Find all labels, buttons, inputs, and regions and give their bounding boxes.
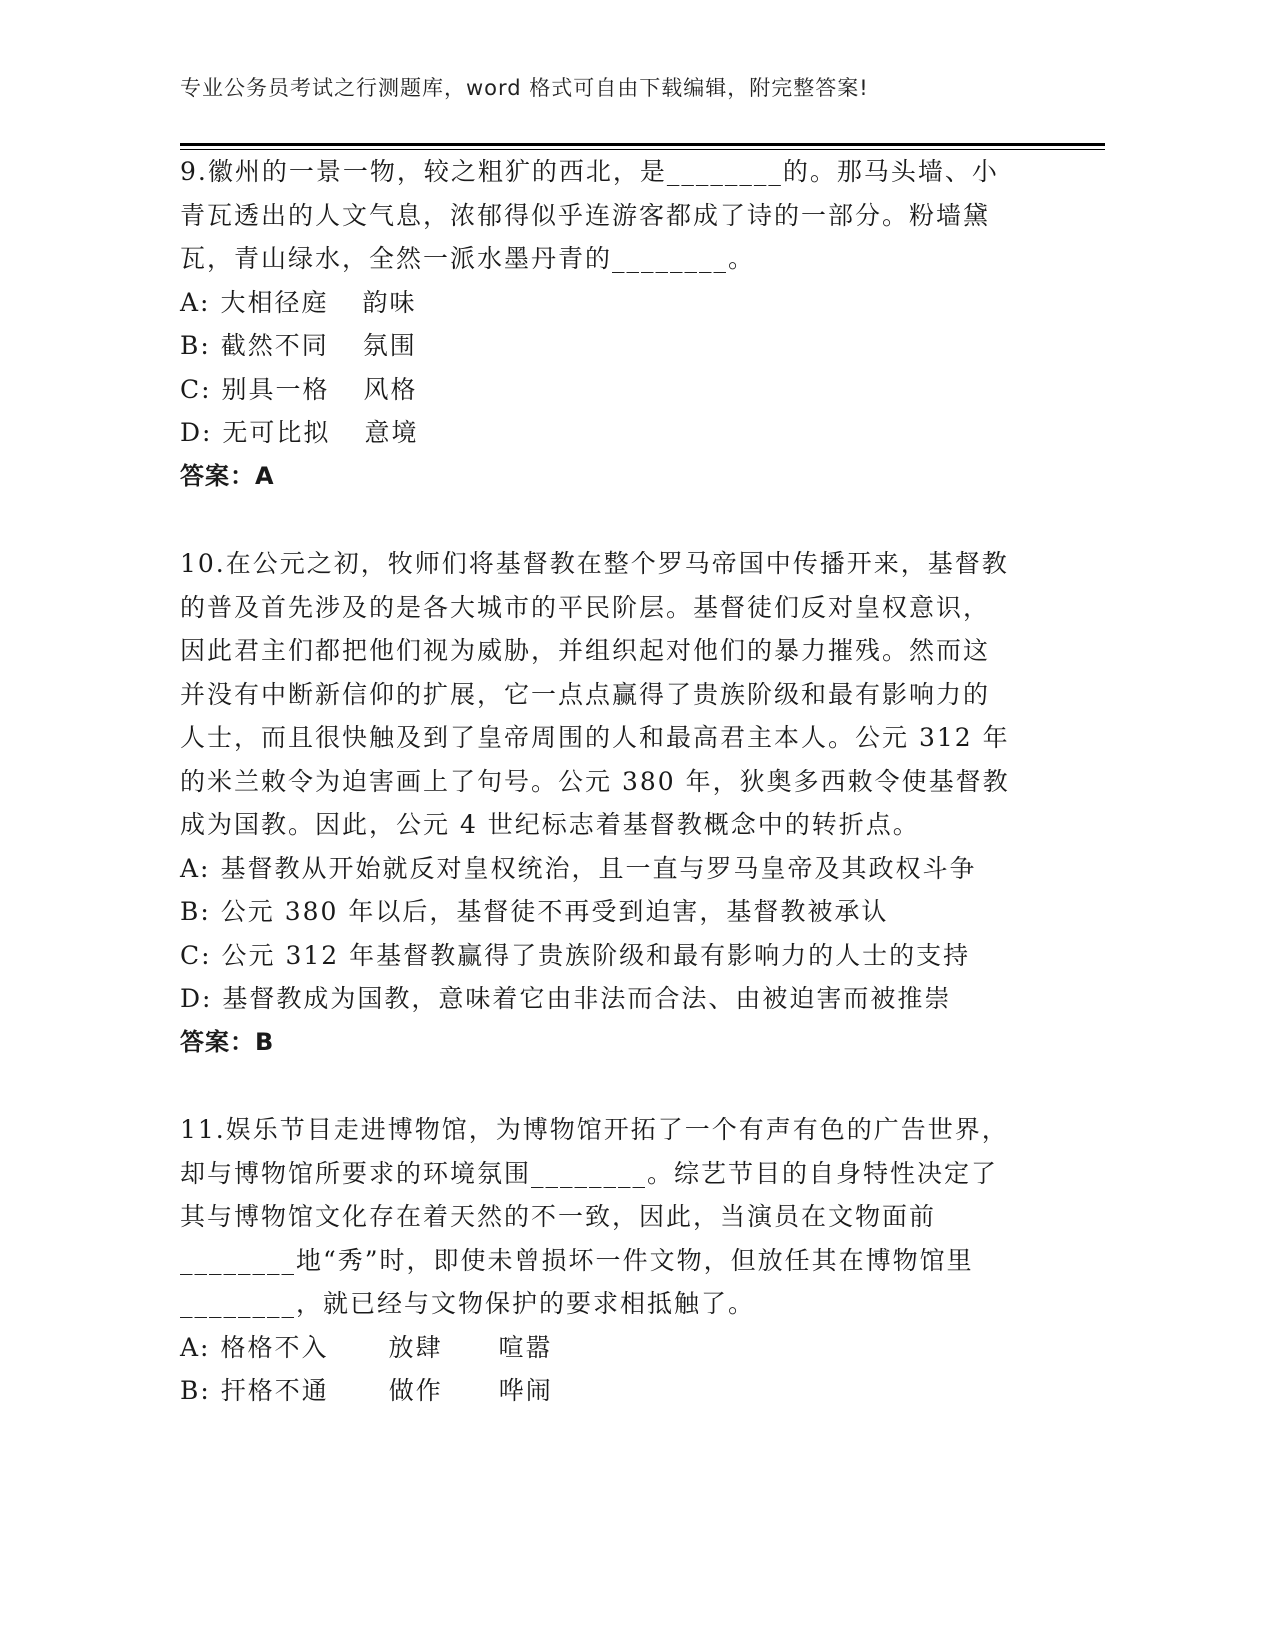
- option-part: 喧嚣: [498, 1333, 552, 1362]
- header-double-rule: [180, 143, 1105, 150]
- question-stem-line: 却与博物馆所要求的环境氛围________。综艺节目的自身特性决定了: [180, 1152, 1040, 1196]
- option-b: B: 截然不同氛围: [180, 324, 1040, 368]
- question-stem-line: 其与博物馆文化存在着天然的不一致，因此，当演员在文物面前: [180, 1195, 1040, 1239]
- option-part: 别具一格: [222, 375, 330, 404]
- answer-line: 答案：A: [180, 455, 1040, 499]
- option-part: 截然不同: [221, 331, 329, 360]
- option-a: A: 基督教从开始就反对皇权统治，且一直与罗马皇帝及其政权斗争: [180, 847, 1040, 891]
- question-stem-line: 成为国教。因此，公元 4 世纪标志着基督教概念中的转折点。: [180, 803, 1040, 847]
- question-stem-line: 的普及首先涉及的是各大城市的平民阶层。基督徒们反对皇权意识，: [180, 586, 1040, 630]
- option-label: A:: [180, 1333, 210, 1362]
- question-9: 9.徽州的一景一物，较之粗犷的西北，是________的。那马头墙、小 青瓦透出…: [180, 150, 1040, 498]
- option-part: 意境: [364, 418, 418, 447]
- option-part: 氛围: [363, 331, 417, 360]
- question-stem-line: 11.娱乐节目走进博物馆，为博物馆开拓了一个有声有色的广告世界，: [180, 1108, 1040, 1152]
- option-part: 大相径庭: [220, 288, 328, 317]
- option-b: B: 扞格不通做作哗闹: [180, 1369, 1040, 1413]
- option-part: 放肆: [388, 1333, 442, 1362]
- question-stem-line: ________地“秀”时，即使未曾损坏一件文物，但放任其在博物馆里: [180, 1239, 1040, 1283]
- option-label: A:: [180, 288, 210, 317]
- option-d: D: 无可比拟意境: [180, 411, 1040, 455]
- option-b: B: 公元 380 年以后，基督徒不再受到迫害，基督教被承认: [180, 890, 1040, 934]
- option-a: A: 格格不入放肆喧嚣: [180, 1326, 1040, 1370]
- option-label: B:: [180, 1376, 211, 1405]
- option-part: 做作: [389, 1376, 443, 1405]
- option-label: B:: [180, 331, 211, 360]
- question-stem-line: ________，就已经与文物保护的要求相抵触了。: [180, 1282, 1040, 1326]
- page-header: 专业公务员考试之行测题库，word 格式可自由下载编辑，附完整答案!: [180, 72, 869, 102]
- question-stem-line: 因此君主们都把他们视为威胁，并组织起对他们的暴力摧残。然而这: [180, 629, 1040, 673]
- option-part: 格格不入: [220, 1333, 328, 1362]
- option-label: C:: [180, 375, 212, 404]
- option-label: D:: [180, 418, 212, 447]
- option-text: 公元 380 年以后，基督徒不再受到迫害，基督教被承认: [221, 897, 889, 926]
- option-part: 风格: [364, 375, 418, 404]
- option-text: 基督教成为国教，意味着它由非法而合法、由被迫害而被推崇: [222, 984, 951, 1013]
- question-10: 10.在公元之初，牧师们将基督教在整个罗马帝国中传播开来，基督教 的普及首先涉及…: [180, 542, 1040, 1064]
- option-c: C: 公元 312 年基督教赢得了贵族阶级和最有影响力的人士的支持: [180, 934, 1040, 978]
- question-stem-line: 10.在公元之初，牧师们将基督教在整个罗马帝国中传播开来，基督教: [180, 542, 1040, 586]
- option-part: 哗闹: [499, 1376, 553, 1405]
- question-stem-line: 9.徽州的一景一物，较之粗犷的西北，是________的。那马头墙、小: [180, 150, 1040, 194]
- option-text: 基督教从开始就反对皇权统治，且一直与罗马皇帝及其政权斗争: [220, 854, 976, 883]
- option-part: 无可比拟: [222, 418, 330, 447]
- option-label: B:: [180, 897, 211, 926]
- question-stem-line: 并没有中断新信仰的扩展，它一点点赢得了贵族阶级和最有影响力的: [180, 673, 1040, 717]
- question-stem-line: 人士，而且很快触及到了皇帝周围的人和最高君主本人。公元 312 年: [180, 716, 1040, 760]
- option-part: 扞格不通: [221, 1376, 329, 1405]
- question-stem-line: 青瓦透出的人文气息，浓郁得似乎连游客都成了诗的一部分。粉墙黛: [180, 194, 1040, 238]
- question-11: 11.娱乐节目走进博物馆，为博物馆开拓了一个有声有色的广告世界， 却与博物馆所要…: [180, 1108, 1040, 1413]
- option-label: A:: [180, 854, 210, 883]
- option-part: 韵味: [362, 288, 416, 317]
- option-d: D: 基督教成为国教，意味着它由非法而合法、由被迫害而被推崇: [180, 977, 1040, 1021]
- question-stem-line: 的米兰敕令为迫害画上了句号。公元 380 年，狄奥多西敕令使基督教: [180, 760, 1040, 804]
- option-a: A: 大相径庭韵味: [180, 281, 1040, 325]
- answer-line: 答案：B: [180, 1021, 1040, 1065]
- option-c: C: 别具一格风格: [180, 368, 1040, 412]
- question-stem-line: 瓦，青山绿水，全然一派水墨丹青的________。: [180, 237, 1040, 281]
- option-label: C:: [180, 941, 212, 970]
- option-label: D:: [180, 984, 212, 1013]
- option-text: 公元 312 年基督教赢得了贵族阶级和最有影响力的人士的支持: [222, 941, 971, 970]
